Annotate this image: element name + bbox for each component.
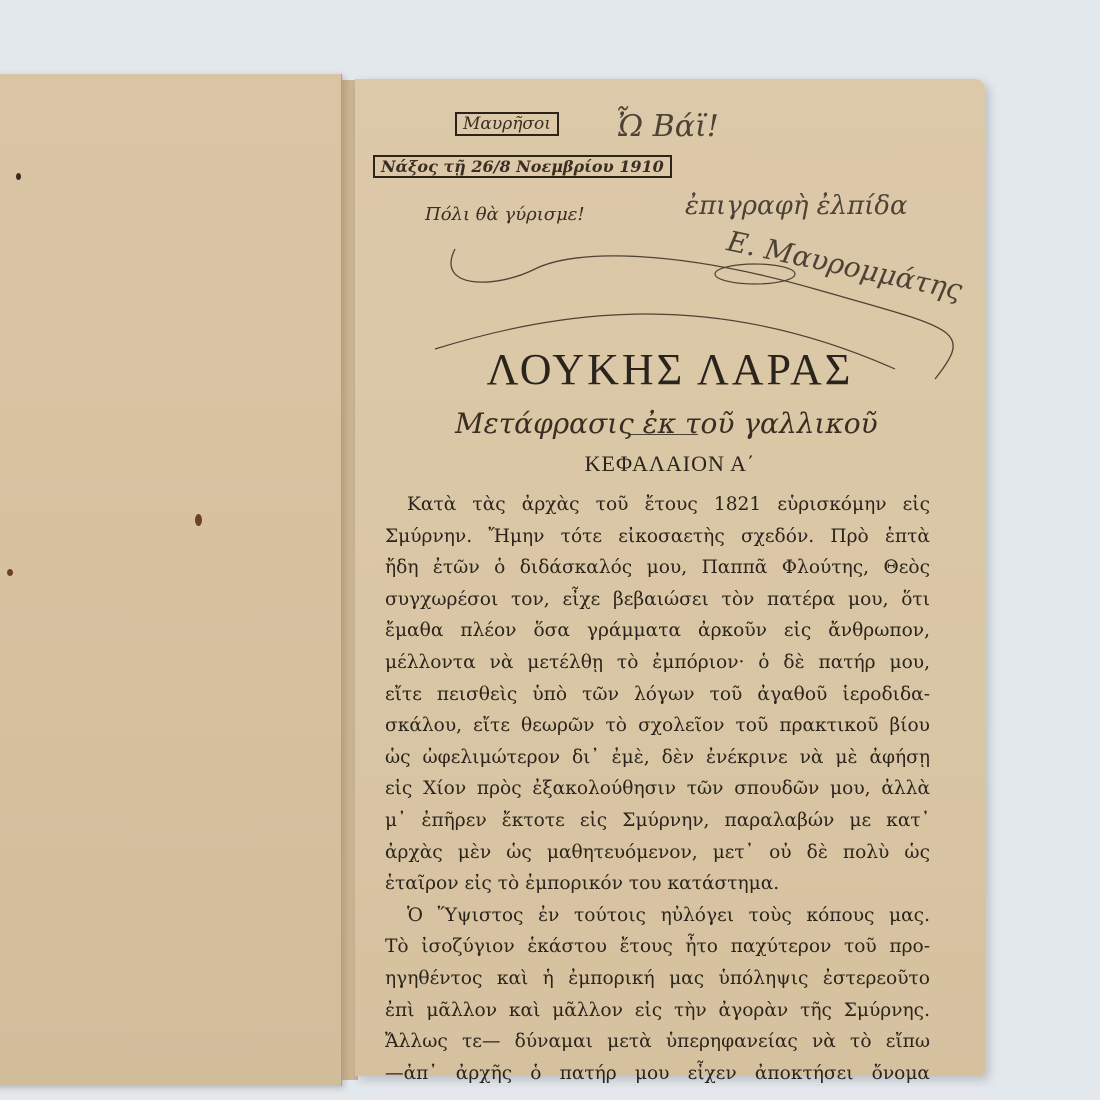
body-text: Κατὰ τὰς ἀρχὰς τοῦ ἔτους 1821 εὑρισκόμην… [385,489,930,1089]
text-line: ἀρχὰς μὲν ὡς μαθητευόμενον, μετ᾽ οὐ δὲ π… [385,837,930,869]
text-line: σκάλου, εἴτε θεωρῶν τὸ σχολεῖον τοῦ πρακ… [385,710,930,742]
text-line: —ἀπ᾽ ἀρχῆς ὁ πατήρ μου εἶχεν ἀποκτήσει ὄ… [385,1058,930,1090]
book-title: ΛΟΥΚΗΣ ΛΑΡΑΣ [355,344,985,395]
text-line: ἤδη ἐτῶν ὁ διδάσκαλός μου, Παππᾶ Φλούτης… [385,552,930,584]
text-line: ηγηθέντος καὶ ἡ ἐμπορική μας ὑπόληψις ἐσ… [385,963,930,995]
text-line: ἑταῖρον εἰς τὸ ἐμπορικόν του κατάστημα. [385,868,930,900]
paragraph: Ὁ Ὕψιστος ἐν τούτοις ηὐλόγει τοὺς κόπους… [385,900,930,1090]
text-line: συγχωρέσοι τον, εἶχε βεβαιώσει τὸν πατέρ… [385,584,930,616]
paragraph: Κατὰ τὰς ἀρχὰς τοῦ ἔτους 1821 εὑρισκόμην… [385,489,930,900]
text-line: Σμύρνην. Ἤμην τότε εἰκοσαετὴς σχεδόν. Πρ… [385,521,930,553]
handwritten-boxed-name: Μαυρῆσοι [455,112,559,136]
text-line: μέλλοντα νὰ μετέλθῃ τὸ ἐμπόριον· ὁ δὲ πα… [385,647,930,679]
handwritten-translation-note: Μετάφρασις ἐκ τοῦ γαλλικοῦ [455,407,878,440]
chapter-heading: ΚΕΦΑΛΑΙΟΝ Α΄ [355,451,985,477]
text-line: μ᾽ ἐπῆρεν ἔκτοτε εἰς Σμύρνην, παραλαβών … [385,805,930,837]
left-page [0,74,342,1086]
text-line: Ὁ Ὕψιστος ἐν τούτοις ηὐλόγει τοὺς κόπους… [385,900,930,932]
text-line: εἰς Χίον πρὸς ἐξακολούθησιν τῶν σπουδῶν … [385,773,930,805]
text-line: Τὸ ἰσοζύγιον ἑκάστου ἔτους ἦτο παχύτερον… [385,931,930,963]
text-line: ἔμαθα πλέον ὅσα γράμματα ἀρκοῦν εἰς ἄνθρ… [385,615,930,647]
text-line: ἐπὶ μᾶλλον καὶ μᾶλλον εἰς τὴν ἀγορὰν τῆς… [385,995,930,1027]
handwritten-note-right: ἐπιγραφὴ ἐλπίδα [685,191,908,221]
stain-mark [195,514,202,526]
stain-mark [7,569,13,576]
right-page: Μαυρῆσοι Νάξος τῇ 26/8 Νοεμβρίου 1910 Ὦ … [355,79,985,1076]
ink-speck [16,173,21,180]
text-line: εἴτε πεισθεὶς ὑπὸ τῶν λόγων τοῦ ἀγαθοῦ ἱ… [385,679,930,711]
text-line: Ἄλλως τε— δύναμαι μετὰ ὑπερηφανείας νὰ τ… [385,1026,930,1058]
text-line: ὡς ὠφελιμώτερον δι᾽ ἐμὲ, δὲν ἐνέκρινε νὰ… [385,742,930,774]
handwritten-note-top-right: Ὦ Βάϊ! [615,109,719,144]
handwritten-exclamation: Πόλι θὰ γύρισμε! [425,204,585,225]
text-line: Κατὰ τὰς ἀρχὰς τοῦ ἔτους 1821 εὑρισκόμην… [385,489,930,521]
handwritten-place-date: Νάξος τῇ 26/8 Νοεμβρίου 1910 [373,155,672,178]
